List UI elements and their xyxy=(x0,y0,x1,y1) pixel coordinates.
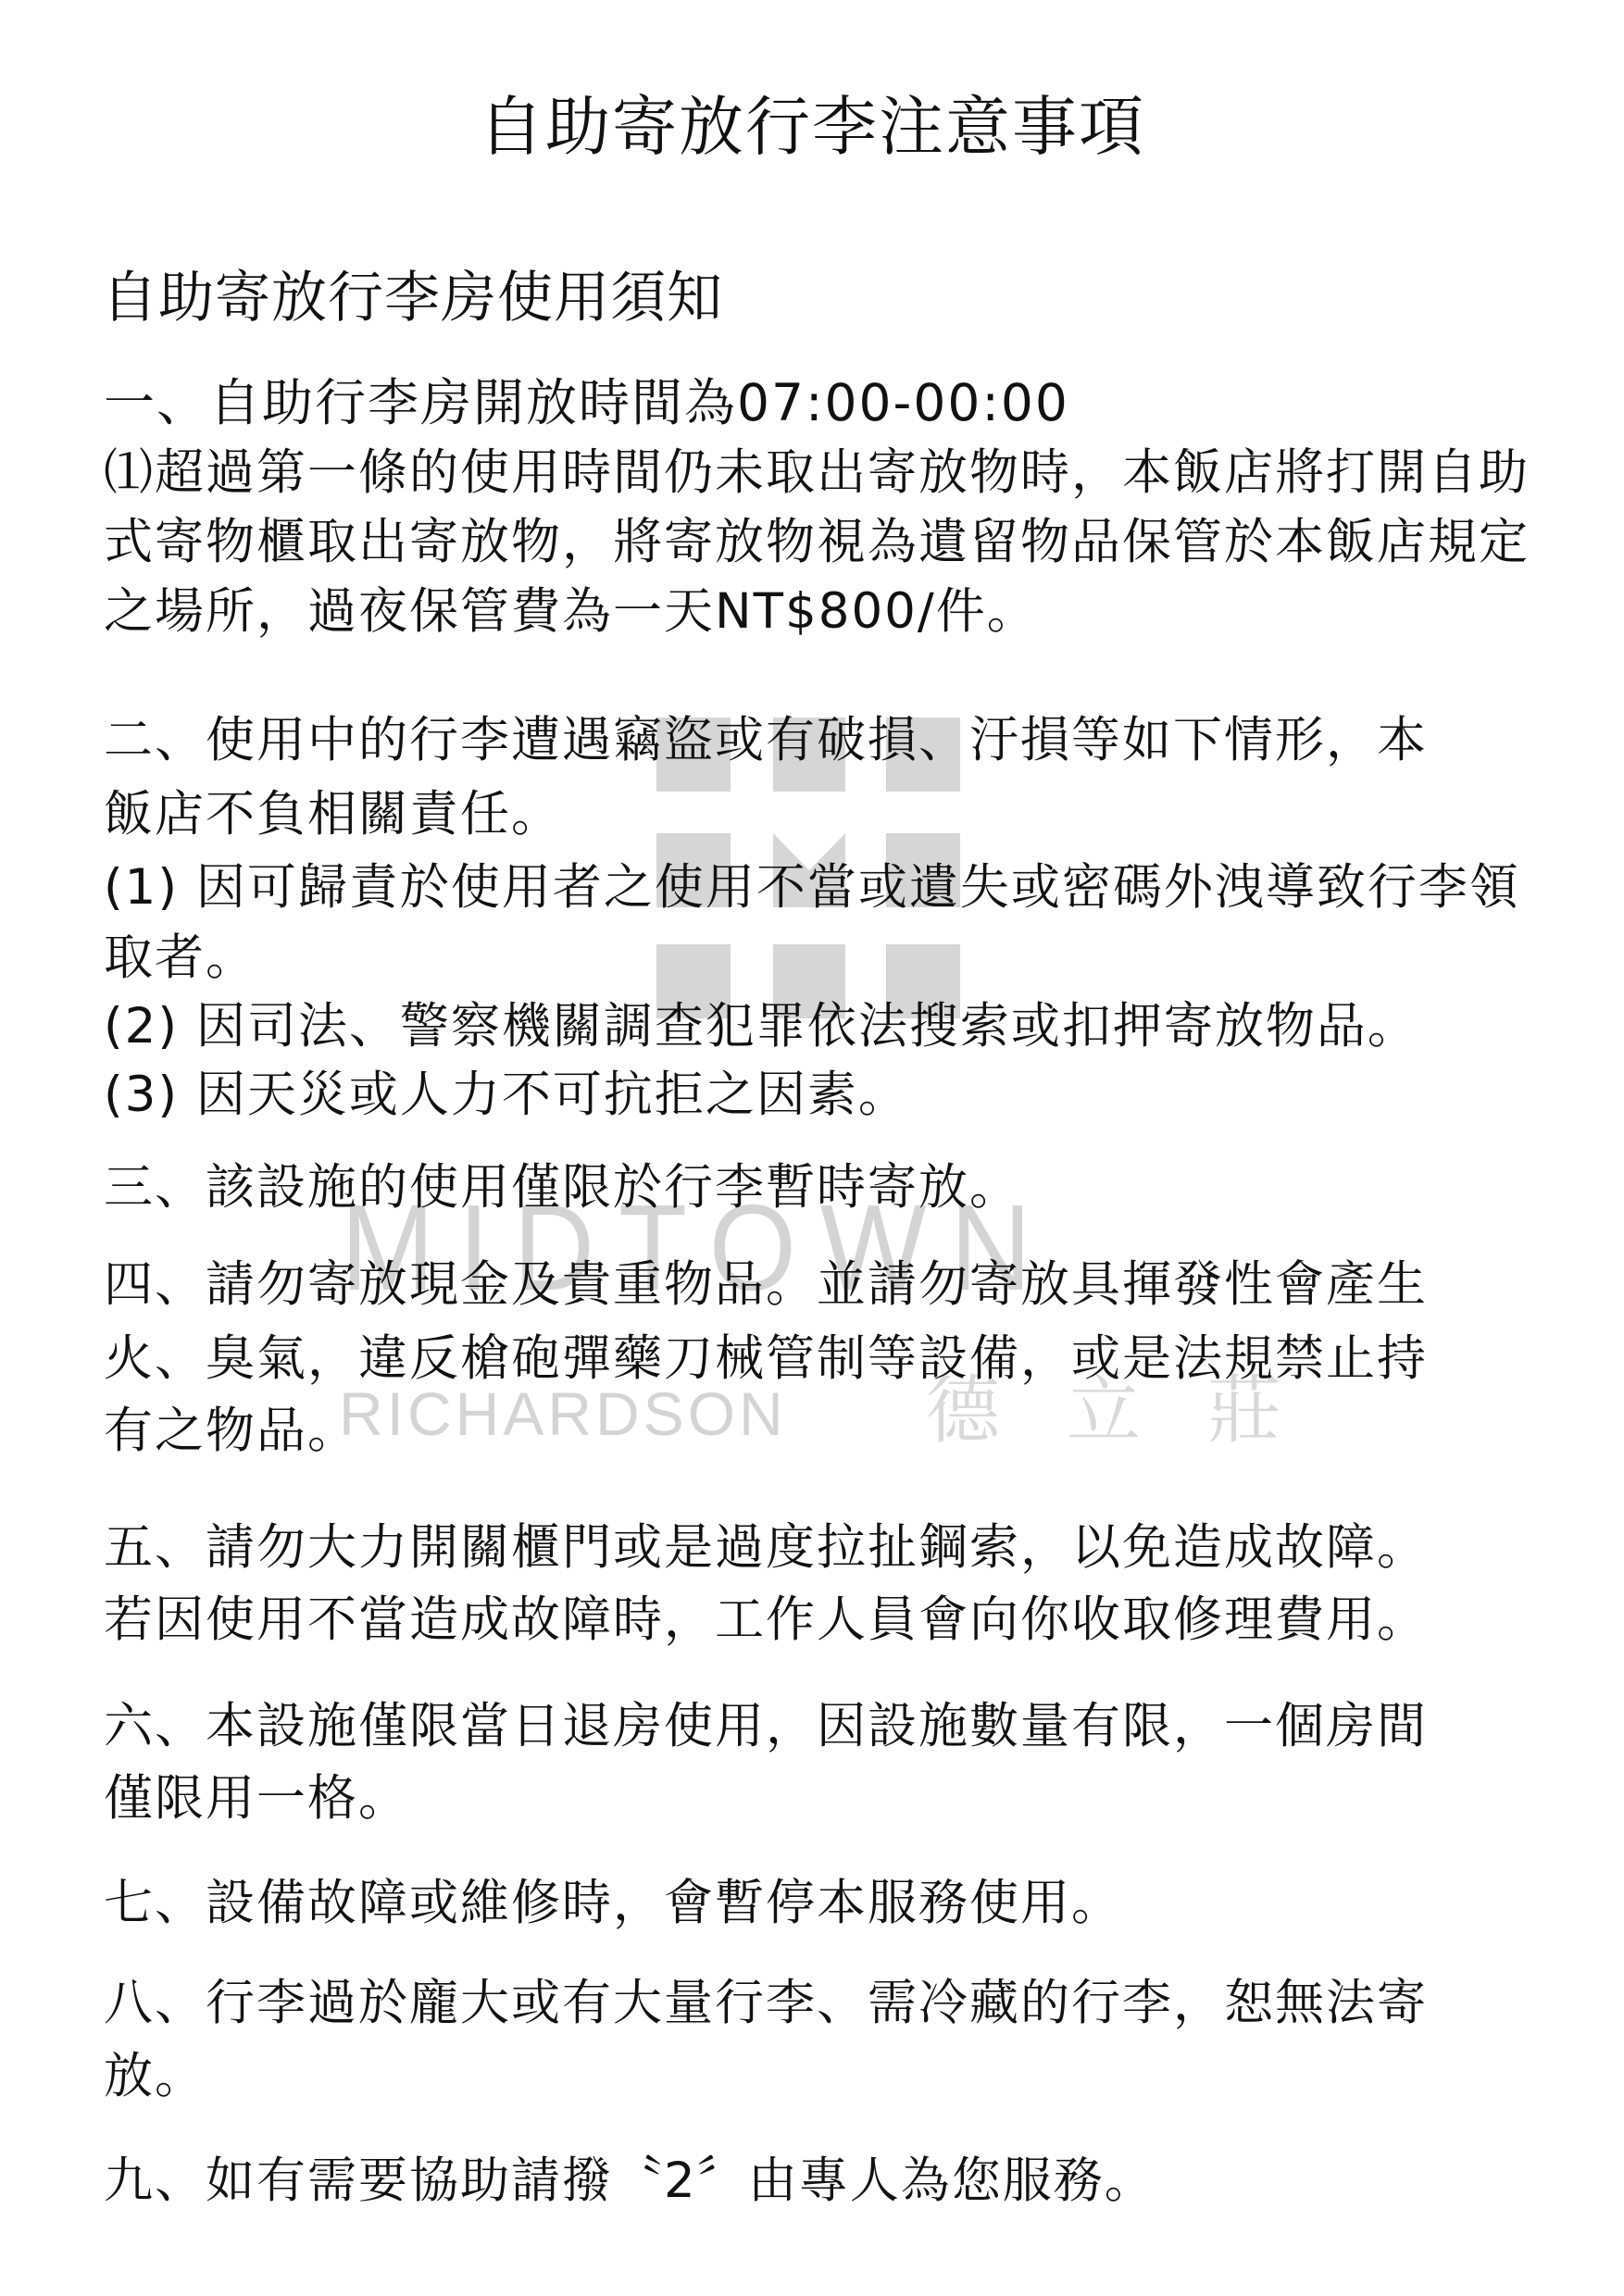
section-line: 放。 xyxy=(104,2041,1530,2111)
section-heading: 七、設備故障或維修時，會暫停本服務使用。 xyxy=(104,1868,1530,1938)
section-line: (1) 因可歸責於使用者之使用不當或遺失或密碼外洩導致行李領 xyxy=(104,852,1530,924)
hotel-watermark: MIDTOWN RICHARDSON 德立莊 xyxy=(0,0,1624,2296)
section-heading: 一、自助行李房開放時間為07:00-00:00 xyxy=(104,368,1530,438)
section-line: (3) 因天災或人力不可抗拒之因素。 xyxy=(104,1061,1530,1129)
section-1: 一、自助行李房開放時間為07:00-00:00 ⑴超過第一條的使用時間仍未取出寄… xyxy=(104,368,1530,646)
section-heading: 九、如有需要協助請撥〝2〞由專人為您服務。 xyxy=(104,2146,1530,2215)
section-5: 五、請勿大力開關櫃門或是過度拉扯鋼索，以免造成故障。 若因使用不當造成故障時，工… xyxy=(104,1511,1530,1654)
section-heading: 四、請勿寄放現金及貴重物品。並請勿寄放具揮發性會產生 xyxy=(104,1248,1530,1322)
section-line: 僅限用一格。 xyxy=(104,1764,1530,1833)
section-heading: 八、行李過於龐大或有大量行李、需冷藏的行李，恕無法寄 xyxy=(104,1965,1530,2041)
section-line: 取者。 xyxy=(104,924,1530,992)
page-subtitle: 自助寄放行李房使用須知 xyxy=(102,261,723,335)
section-line: ⑴超過第一條的使用時間仍未取出寄放物時，本飯店將打開自助 xyxy=(104,438,1530,507)
section-line: 火、臭氣，違反槍砲彈藥刀械管制等設備，或是法規禁止持 xyxy=(104,1322,1530,1396)
section-heading: 五、請勿大力開關櫃門或是過度拉扯鋼索，以免造成故障。 xyxy=(104,1511,1530,1585)
section-7: 七、設備故障或維修時，會暫停本服務使用。 xyxy=(104,1868,1530,1938)
page-title: 自助寄放行李注意事項 xyxy=(0,85,1624,168)
section-8: 八、行李過於龐大或有大量行李、需冷藏的行李，恕無法寄 放。 xyxy=(104,1965,1530,2111)
section-line: 飯店不負相關責任。 xyxy=(104,778,1530,852)
section-3: 三、該設施的使用僅限於行李暫時寄放。 xyxy=(104,1153,1530,1222)
section-line: 有之物品。 xyxy=(104,1396,1530,1466)
section-line: 若因使用不當造成故障時，工作人員會向你收取修理費用。 xyxy=(104,1585,1530,1654)
section-line: (2) 因司法、警察機關調查犯罪依法搜索或扣押寄放物品。 xyxy=(104,992,1530,1061)
section-line: 之場所，過夜保管費為一天NT$800/件。 xyxy=(104,577,1530,646)
section-line: 式寄物櫃取出寄放物，將寄放物視為遺留物品保管於本飯店規定 xyxy=(104,507,1530,577)
section-6: 六、本設施僅限當日退房使用，因設施數量有限，一個房間 僅限用一格。 xyxy=(104,1690,1530,1833)
section-heading: 三、該設施的使用僅限於行李暫時寄放。 xyxy=(104,1153,1530,1222)
section-heading: 二、使用中的行李遭遇竊盜或有破損、汙損等如下情形，本 xyxy=(104,704,1530,778)
section-heading: 六、本設施僅限當日退房使用，因設施數量有限，一個房間 xyxy=(104,1690,1530,1764)
section-9: 九、如有需要協助請撥〝2〞由專人為您服務。 xyxy=(104,2146,1530,2215)
section-2: 二、使用中的行李遭遇竊盜或有破損、汙損等如下情形，本 飯店不負相關責任。 (1)… xyxy=(104,704,1530,1129)
section-4: 四、請勿寄放現金及貴重物品。並請勿寄放具揮發性會產生 火、臭氣，違反槍砲彈藥刀械… xyxy=(104,1248,1530,1466)
